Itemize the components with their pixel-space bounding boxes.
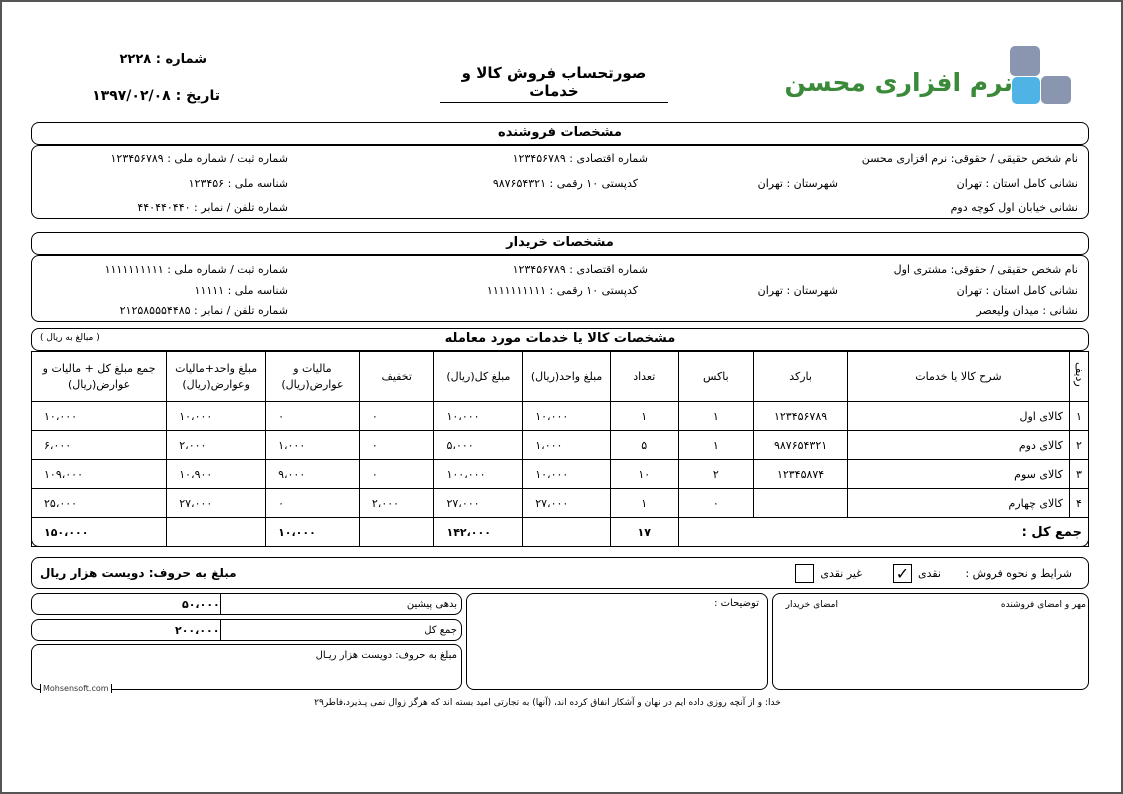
cell-box: ۰	[678, 489, 754, 518]
total-label: جمع کل :	[678, 518, 1088, 547]
cell-index: ۳	[1069, 460, 1088, 489]
cell-box: ۲	[678, 460, 754, 489]
seller-province: نشانی کامل استان : تهران	[957, 177, 1078, 190]
seller-city: شهرستان : تهران	[758, 177, 838, 190]
previous-debt-value: ۵۰،۰۰۰	[182, 598, 220, 611]
items-table: ردیف شرح کالا یا خدمات بارکد باکس تعداد …	[31, 351, 1089, 547]
seller-phone: شماره تلفن / نمابر : ۴۴۰۴۴۰۴۴۰	[137, 201, 288, 214]
buyer-title-box: مشخصات خریدار	[31, 232, 1089, 255]
cell-discount: ۰	[359, 431, 434, 460]
buyer-province: نشانی کامل استان : تهران	[957, 284, 1078, 297]
table-row: ۴ کالای چهارم ۰ ۱ ۲۷،۰۰۰ ۲۷،۰۰۰ ۲،۰۰۰ ۰ …	[32, 489, 1089, 518]
cell-total-price: ۱۰،۰۰۰	[434, 402, 523, 431]
col-header-total-price: مبلغ کل(ریال)	[434, 352, 523, 402]
invoice-date-label: تاریخ :	[176, 88, 220, 104]
col-header-tax: مالیات و عوارض(ریال)	[266, 352, 360, 402]
seller-signature-label: مهر و امضای فروشنده	[1001, 600, 1086, 610]
cell-tax: ۰	[266, 402, 360, 431]
total-price: ۱۴۲،۰۰۰	[434, 518, 523, 547]
cell-barcode: ۱۲۳۴۵۶۷۸۹	[754, 402, 848, 431]
notes-label: توضیحات :	[714, 598, 759, 609]
amount-words-small: مبلغ به حروف: دویست هزار ریـال	[316, 650, 457, 661]
cell-grand-total: ۱۰،۰۰۰	[32, 402, 167, 431]
cell-index: ۲	[1069, 431, 1088, 460]
previous-debt-box: بدهی پیشین ۵۰،۰۰۰	[31, 593, 462, 615]
cell-barcode: ۹۸۷۶۵۴۳۲۱	[754, 431, 848, 460]
cash-checkbox[interactable]: ✓	[893, 564, 912, 583]
cell-discount: ۲،۰۰۰	[359, 489, 434, 518]
seller-name: نام شخص حقیقی / حقوقی: نرم افزاری محسن	[862, 152, 1078, 165]
cell-tax: ۰	[266, 489, 360, 518]
seller-economic-no: شماره اقتصادی : ۱۲۳۴۵۶۷۸۹	[513, 152, 648, 165]
currency-note: ( مبالغ به ریال )	[40, 333, 100, 343]
payment-terms-box: مبلغ به حروف: دویست هزار ریال شرایط و نح…	[31, 557, 1089, 589]
col-header-row-index: ردیف	[1069, 352, 1088, 402]
col-header-unit-price: مبلغ واحد(ریال)	[523, 352, 611, 402]
grand-total-label: جمع کل	[424, 625, 457, 636]
buyer-section-title: مشخصات خریدار	[32, 233, 1088, 253]
previous-debt-label: بدهی پیشین	[407, 599, 457, 610]
cell-description: کالای اول	[847, 402, 1069, 431]
noncash-label: غیر نقدی	[820, 567, 862, 580]
buyer-city: شهرستان : تهران	[758, 284, 838, 297]
cell-barcode: ۱۲۳۴۵۸۷۴	[754, 460, 848, 489]
logo-text: نرم افزاری محسن	[785, 68, 1013, 97]
cell-quantity: ۵	[610, 431, 678, 460]
cell-grand-total: ۲۵،۰۰۰	[32, 489, 167, 518]
items-section-title: مشخصات کالا یا خدمات مورد معامله	[32, 329, 1088, 349]
total-unit-price-empty	[523, 518, 611, 547]
buyer-address: نشانی : میدان ولیعصر	[976, 304, 1078, 317]
seller-address: نشانی خیابان اول کوچه دوم	[951, 201, 1078, 214]
col-header-description: شرح کالا یا خدمات	[847, 352, 1069, 402]
cell-index: ۴	[1069, 489, 1088, 518]
cell-unit-price: ۱۰،۰۰۰	[523, 460, 611, 489]
noncash-checkbox[interactable]	[795, 564, 814, 583]
cell-unit-with-tax: ۱۰،۰۰۰	[167, 402, 266, 431]
col-header-unit-with-tax: مبلغ واحد+مالیات وعوارض(ریال)	[167, 352, 266, 402]
col-header-discount: تخفیف	[359, 352, 434, 402]
cell-unit-price: ۲۷،۰۰۰	[523, 489, 611, 518]
cell-description: کالای دوم	[847, 431, 1069, 460]
cell-description: کالای چهارم	[847, 489, 1069, 518]
footer-verse: خدا: و از آنچه روزی داده ایم در نهان و آ…	[300, 698, 795, 708]
total-grand: ۱۵۰،۰۰۰	[32, 518, 167, 547]
seller-details-box: نام شخص حقیقی / حقوقی: نرم افزاری محسن ن…	[31, 145, 1089, 219]
seller-postal-code: کدپستی ۱۰ رقمی : ۹۸۷۶۵۴۳۲۱	[493, 177, 638, 190]
signature-box: مهر و امضای فروشنده امضای خریدار	[772, 593, 1089, 690]
company-logo: نرم افزاری محسن	[835, 46, 1075, 106]
grand-total-value: ۲۰۰،۰۰۰	[175, 624, 219, 637]
cell-total-price: ۱۰۰،۰۰۰	[434, 460, 523, 489]
cell-grand-total: ۱۰۹،۰۰۰	[32, 460, 167, 489]
cell-box: ۱	[678, 431, 754, 460]
table-header-row: ردیف شرح کالا یا خدمات بارکد باکس تعداد …	[32, 352, 1089, 402]
cell-quantity: ۱۰	[610, 460, 678, 489]
cash-label: نقدی	[918, 567, 941, 580]
cell-tax: ۱،۰۰۰	[266, 431, 360, 460]
cell-total-price: ۵،۰۰۰	[434, 431, 523, 460]
cell-unit-with-tax: ۱۰،۹۰۰	[167, 460, 266, 489]
total-discount-empty	[359, 518, 434, 547]
cell-barcode	[754, 489, 848, 518]
grand-total-box: جمع کل ۲۰۰،۰۰۰	[31, 619, 462, 641]
seller-national-id: شناسه ملی : ۱۲۳۴۵۶	[189, 177, 288, 190]
cell-tax: ۹،۰۰۰	[266, 460, 360, 489]
total-tax: ۱۰،۰۰۰	[266, 518, 360, 547]
logo-square-blue-icon	[1012, 77, 1040, 104]
logo-square-right-icon	[1041, 76, 1071, 104]
cell-total-price: ۲۷،۰۰۰	[434, 489, 523, 518]
cell-unit-price: ۱۰،۰۰۰	[523, 402, 611, 431]
seller-title-box: مشخصات فروشنده	[31, 122, 1089, 145]
website-tag: Mohsensoft.com	[40, 684, 112, 693]
total-unit-with-tax-empty	[167, 518, 266, 547]
buyer-details-box: نام شخص حقیقی / حقوقی: مشتری اول نشانی ک…	[31, 255, 1089, 322]
sale-terms-label: شرایط و نحوه فروش :	[965, 567, 1072, 580]
col-header-box: باکس	[678, 352, 754, 402]
buyer-name: نام شخص حقیقی / حقوقی: مشتری اول	[894, 263, 1078, 276]
invoice-number-value: ۲۲۲۸	[119, 52, 151, 67]
col-header-quantity: تعداد	[610, 352, 678, 402]
buyer-economic-no: شماره اقتصادی : ۱۲۳۴۵۶۷۸۹	[513, 263, 648, 276]
invoice-number-label: شماره :	[156, 52, 207, 67]
table-total-row: جمع کل : ۱۷ ۱۴۲،۰۰۰ ۱۰،۰۰۰ ۱۵۰،۰۰۰	[32, 518, 1089, 547]
previous-debt-divider	[220, 594, 221, 614]
cell-discount: ۰	[359, 460, 434, 489]
seller-reg-no: شماره ثبت / شماره ملی : ۱۲۳۴۵۶۷۸۹	[111, 152, 288, 165]
page-title: صورتحساب فروش کالا و خدمات	[440, 64, 668, 103]
items-title-box: مشخصات کالا یا خدمات مورد معامله ( مبالغ…	[31, 328, 1089, 351]
grand-total-divider	[220, 620, 221, 640]
cell-grand-total: ۶،۰۰۰	[32, 431, 167, 460]
buyer-postal-code: کدپستی ۱۰ رقمی : ۱۱۱۱۱۱۱۱۱۱	[487, 284, 638, 297]
cell-quantity: ۱	[610, 402, 678, 431]
cell-unit-with-tax: ۲،۰۰۰	[167, 431, 266, 460]
cell-index: ۱	[1069, 402, 1088, 431]
cell-quantity: ۱	[610, 489, 678, 518]
table-row: ۲ کالای دوم ۹۸۷۶۵۴۳۲۱ ۱ ۵ ۱،۰۰۰ ۵،۰۰۰ ۰ …	[32, 431, 1089, 460]
table-row: ۳ کالای سوم ۱۲۳۴۵۸۷۴ ۲ ۱۰ ۱۰،۰۰۰ ۱۰۰،۰۰۰…	[32, 460, 1089, 489]
buyer-national-id: شناسه ملی : ۱۱۱۱۱	[195, 284, 288, 297]
cell-description: کالای سوم	[847, 460, 1069, 489]
table-row: ۱ کالای اول ۱۲۳۴۵۶۷۸۹ ۱ ۱ ۱۰،۰۰۰ ۱۰،۰۰۰ …	[32, 402, 1089, 431]
notes-box: توضیحات :	[466, 593, 768, 690]
invoice-number: شماره : ۲۲۲۸	[95, 52, 207, 67]
cell-discount: ۰	[359, 402, 434, 431]
invoice-date: تاریخ : ۱۳۹۷/۰۲/۰۸	[80, 88, 220, 104]
logo-square-top-icon	[1010, 46, 1040, 76]
col-header-grand-total: جمع مبلغ کل + مالیات و عوارض(ریال)	[32, 352, 167, 402]
buyer-signature-label: امضای خریدار	[786, 600, 838, 610]
seller-section-title: مشخصات فروشنده	[32, 123, 1088, 143]
total-quantity: ۱۷	[610, 518, 678, 547]
cell-box: ۱	[678, 402, 754, 431]
buyer-reg-no: شماره ثبت / شماره ملی : ۱۱۱۱۱۱۱۱۱۱	[105, 263, 288, 276]
invoice-date-value: ۱۳۹۷/۰۲/۰۸	[92, 88, 171, 104]
cell-unit-price: ۱،۰۰۰	[523, 431, 611, 460]
buyer-phone: شماره تلفن / نمابر : ۲۱۲۵۸۵۵۵۴۴۸۵	[120, 304, 288, 317]
cell-unit-with-tax: ۲۷،۰۰۰	[167, 489, 266, 518]
col-header-barcode: بارکد	[754, 352, 848, 402]
amount-in-words: مبلغ به حروف: دویست هزار ریال	[40, 566, 237, 580]
